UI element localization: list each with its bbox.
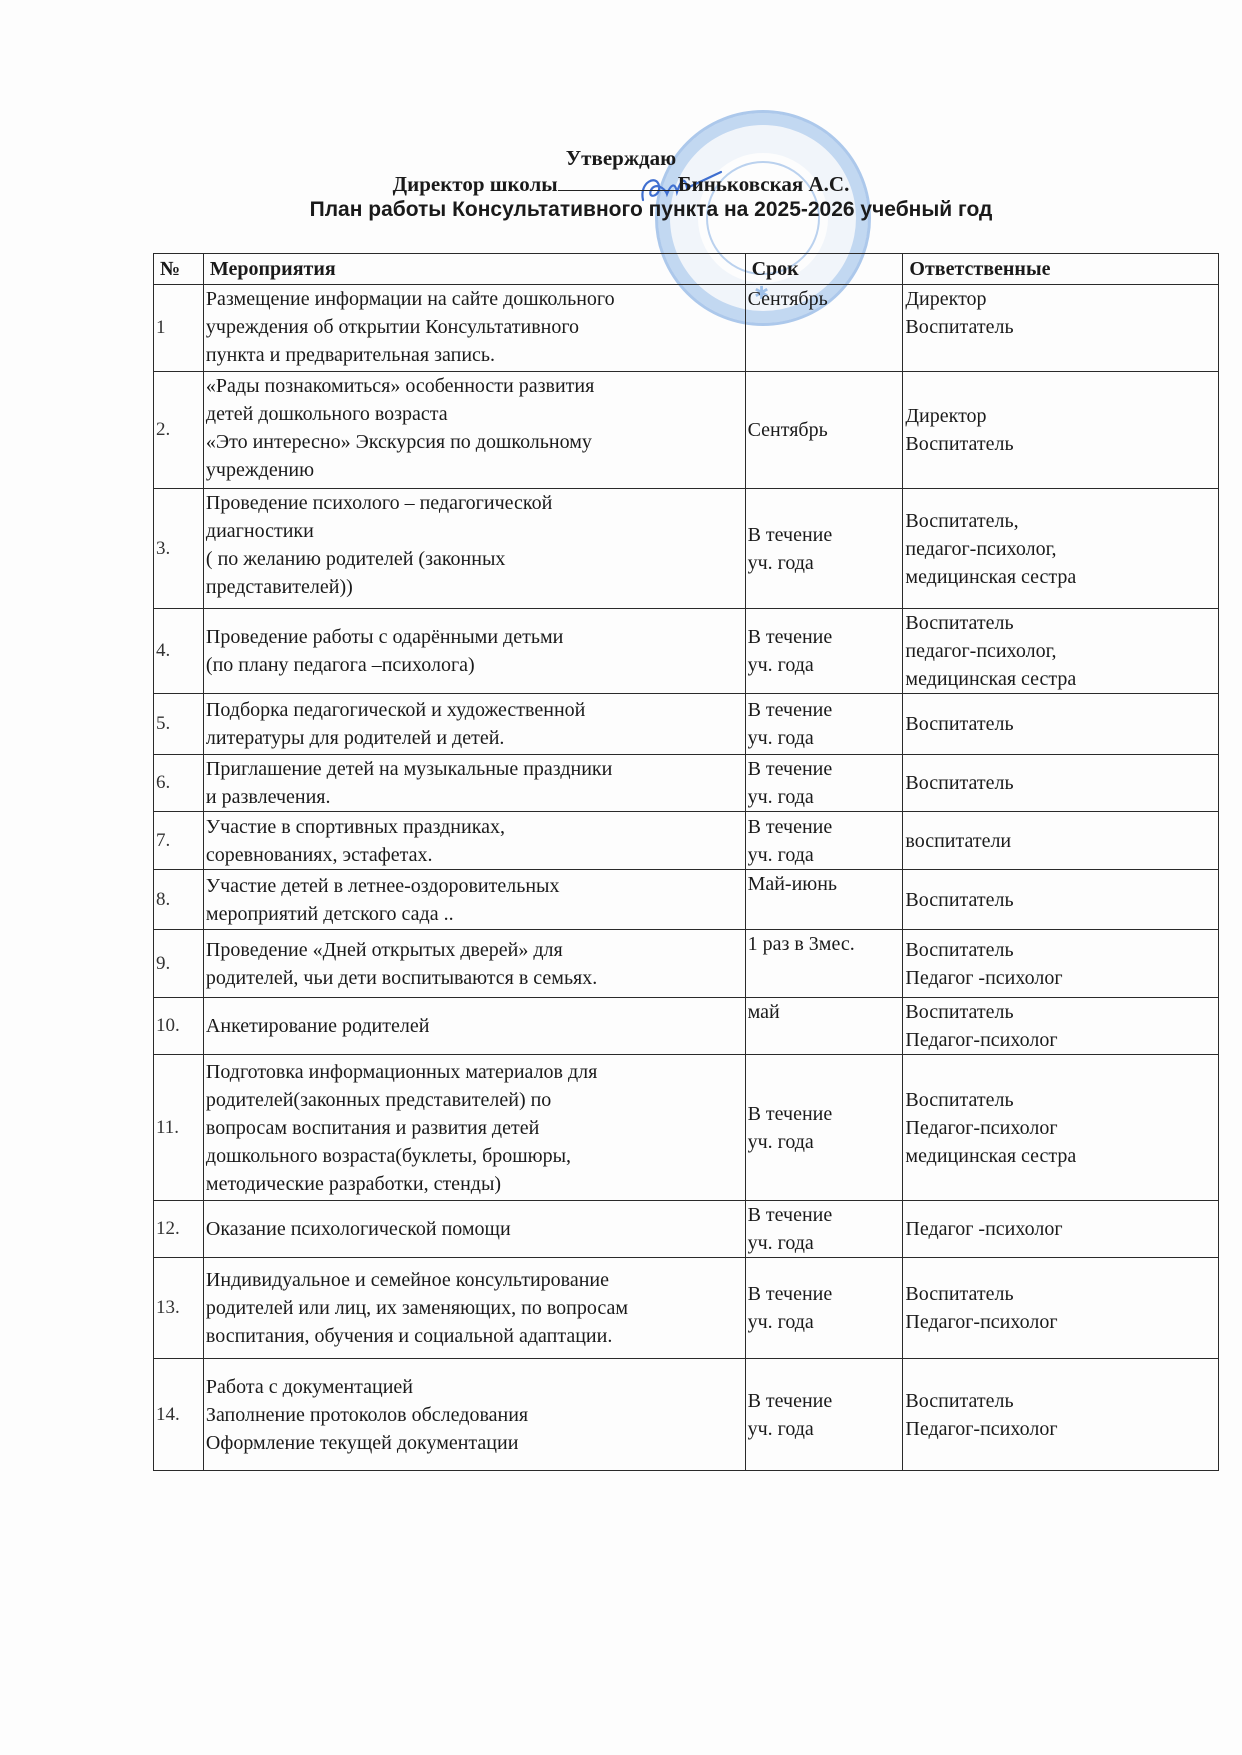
- column-header-number: №: [154, 254, 204, 285]
- term-cell-line: В течение: [748, 623, 901, 651]
- event-cell-line: Проведение работы с одарёнными детьми: [206, 623, 743, 651]
- term-cell: В течениеуч. года: [745, 1359, 903, 1471]
- responsible-cell-line: медицинская сестра: [905, 563, 1216, 591]
- responsible-cell: ВоспитательПедагог-психолог: [903, 998, 1219, 1055]
- term-cell: май: [745, 998, 903, 1055]
- table-row: 11.Подготовка информационных материалов …: [154, 1055, 1219, 1201]
- row-number: 10.: [154, 998, 204, 1055]
- term-cell: В течениеуч. года: [745, 812, 903, 870]
- event-cell-line: Подборка педагогической и художественной: [206, 696, 743, 724]
- row-number: 11.: [154, 1055, 204, 1201]
- responsible-cell-line: педагог-психолог,: [905, 535, 1216, 563]
- table-header-row: № Мероприятия Срок Ответственные: [154, 254, 1219, 285]
- term-cell-line: В течение: [748, 1387, 901, 1415]
- event-cell-line: представителей)): [206, 573, 743, 601]
- event-cell-line: Приглашение детей на музыкальные праздни…: [206, 755, 743, 783]
- event-cell-line: родителей(законных представителей) по: [206, 1086, 743, 1114]
- document-title: План работы Консультативного пункта на 2…: [30, 198, 1242, 222]
- event-cell-line: Проведение «Дней открытых дверей» для: [206, 936, 743, 964]
- term-cell: 1 раз в 3мес.: [745, 930, 903, 998]
- event-cell-line: учреждения об открытии Консультативного: [206, 313, 743, 341]
- term-cell-line: уч. года: [748, 841, 901, 869]
- event-cell-line: воспитания, обучения и социальной адапта…: [206, 1322, 743, 1350]
- term-cell-line: В течение: [748, 813, 901, 841]
- event-cell: Оказание психологической помощи: [203, 1201, 745, 1258]
- event-cell-line: Заполнение протоколов обследования: [206, 1401, 743, 1429]
- term-cell: В течениеуч. года: [745, 1055, 903, 1201]
- event-cell-line: Работа с документацией: [206, 1373, 743, 1401]
- table-row: 9.Проведение «Дней открытых дверей» дляр…: [154, 930, 1219, 998]
- table-row: 7.Участие в спортивных праздниках,соревн…: [154, 812, 1219, 870]
- event-cell: Размещение информации на сайте дошкольно…: [203, 285, 745, 372]
- term-cell-line: уч. года: [748, 783, 901, 811]
- responsible-cell-line: медицинская сестра: [905, 1142, 1216, 1170]
- responsible-cell: ДиректорВоспитатель: [903, 285, 1219, 372]
- signature-line: [558, 172, 678, 191]
- event-cell-line: детей дошкольного возраста: [206, 400, 743, 428]
- table-row: 12.Оказание психологической помощиВ тече…: [154, 1201, 1219, 1258]
- responsible-cell-line: Воспитатель: [905, 998, 1216, 1026]
- director-label: Директор школы: [393, 172, 558, 196]
- responsible-cell: Воспитатель,педагог-психолог,медицинская…: [903, 489, 1219, 609]
- term-cell: В течениеуч. года: [745, 1201, 903, 1258]
- term-cell-line: Сентябрь: [748, 285, 901, 313]
- term-cell: В течениеуч. года: [745, 489, 903, 609]
- event-cell: Участие детей в летнее-оздоровительныхме…: [203, 870, 745, 930]
- event-cell-line: Проведение психолого – педагогической: [206, 489, 743, 517]
- responsible-cell-line: Директор: [905, 402, 1216, 430]
- responsible-cell-line: Воспитатель,: [905, 507, 1216, 535]
- director-line: Директор школыБиньковская А.С.: [0, 172, 1242, 197]
- term-cell: Май-июнь: [745, 870, 903, 930]
- responsible-cell-line: Воспитатель: [905, 769, 1216, 797]
- event-cell-line: методические разработки, стенды): [206, 1170, 743, 1198]
- event-cell-line: родителей или лиц, их заменяющих, по воп…: [206, 1294, 743, 1322]
- table-body: 1Размещение информации на сайте дошкольн…: [154, 285, 1219, 1471]
- row-number: 2.: [154, 372, 204, 489]
- row-number: 6.: [154, 755, 204, 812]
- responsible-cell: воспитатели: [903, 812, 1219, 870]
- event-cell-line: «Это интересно» Экскурсия по дошкольному: [206, 428, 743, 456]
- term-cell-line: Сентябрь: [748, 416, 901, 444]
- column-header-term: Срок: [745, 254, 903, 285]
- term-cell: В течениеуч. года: [745, 1258, 903, 1359]
- table-row: 4.Проведение работы с одарёнными детьми(…: [154, 609, 1219, 694]
- term-cell-line: уч. года: [748, 1308, 901, 1336]
- row-number: 1: [154, 285, 204, 372]
- term-cell-line: Май-июнь: [748, 870, 901, 898]
- term-cell: В течениеуч. года: [745, 694, 903, 755]
- event-cell-line: Оформление текущей документации: [206, 1429, 743, 1457]
- event-cell-line: учреждению: [206, 456, 743, 484]
- responsible-cell-line: Педагог-психолог: [905, 1308, 1216, 1336]
- event-cell-line: родителей, чьи дети воспитываются в семь…: [206, 964, 743, 992]
- event-cell-line: диагностики: [206, 517, 743, 545]
- event-cell: Анкетирование родителей: [203, 998, 745, 1055]
- responsible-cell-line: Воспитатель: [905, 1387, 1216, 1415]
- row-number: 14.: [154, 1359, 204, 1471]
- row-number: 5.: [154, 694, 204, 755]
- responsible-cell: ВоспитательПедагог-психологмедицинская с…: [903, 1055, 1219, 1201]
- table-row: 13.Индивидуальное и семейное консультиро…: [154, 1258, 1219, 1359]
- responsible-cell: Педагог -психолог: [903, 1201, 1219, 1258]
- event-cell: Подготовка информационных материалов для…: [203, 1055, 745, 1201]
- table-row: 3.Проведение психолого – педагогическойд…: [154, 489, 1219, 609]
- row-number: 4.: [154, 609, 204, 694]
- responsible-cell: ВоспитательПедагог-психолог: [903, 1258, 1219, 1359]
- term-cell-line: В течение: [748, 521, 901, 549]
- table-row: 6.Приглашение детей на музыкальные празд…: [154, 755, 1219, 812]
- term-cell-line: В течение: [748, 1100, 901, 1128]
- term-cell-line: уч. года: [748, 651, 901, 679]
- term-cell-line: В течение: [748, 1280, 901, 1308]
- table-row: 2.«Рады познакомиться» особенности разви…: [154, 372, 1219, 489]
- responsible-cell-line: Воспитатель: [905, 609, 1216, 637]
- responsible-cell-line: педагог-психолог,: [905, 637, 1216, 665]
- responsible-cell-line: Воспитатель: [905, 430, 1216, 458]
- row-number: 8.: [154, 870, 204, 930]
- event-cell-line: Анкетирование родителей: [206, 1012, 743, 1040]
- event-cell-line: вопросам воспитания и развития детей: [206, 1114, 743, 1142]
- event-cell-line: Оказание психологической помощи: [206, 1215, 743, 1243]
- event-cell: «Рады познакомиться» особенности развити…: [203, 372, 745, 489]
- responsible-cell: Воспитатель: [903, 870, 1219, 930]
- event-cell-line: Размещение информации на сайте дошкольно…: [206, 285, 743, 313]
- table-row: 8.Участие детей в летнее-оздоровительных…: [154, 870, 1219, 930]
- event-cell-line: пункта и предварительная запись.: [206, 341, 743, 369]
- responsible-cell-line: Педагог -психолог: [905, 964, 1216, 992]
- event-cell-line: Индивидуальное и семейное консультирован…: [206, 1266, 743, 1294]
- responsible-cell-line: Воспитатель: [905, 886, 1216, 914]
- table-row: 14.Работа с документациейЗаполнение прот…: [154, 1359, 1219, 1471]
- term-cell-line: В течение: [748, 1201, 901, 1229]
- term-cell-line: май: [748, 998, 901, 1026]
- event-cell: Проведение работы с одарёнными детьми(по…: [203, 609, 745, 694]
- event-cell: Работа с документациейЗаполнение протоко…: [203, 1359, 745, 1471]
- work-plan-table: № Мероприятия Срок Ответственные 1Размещ…: [153, 253, 1219, 1471]
- responsible-cell-line: Воспитатель: [905, 936, 1216, 964]
- responsible-cell-line: Педагог-психолог: [905, 1415, 1216, 1443]
- term-cell-line: уч. года: [748, 1128, 901, 1156]
- event-cell: Проведение «Дней открытых дверей» длярод…: [203, 930, 745, 998]
- responsible-cell: Воспитатель: [903, 755, 1219, 812]
- row-number: 3.: [154, 489, 204, 609]
- row-number: 13.: [154, 1258, 204, 1359]
- responsible-cell: ВоспитательПедагог-психолог: [903, 1359, 1219, 1471]
- table-row: 10.Анкетирование родителеймайВоспитатель…: [154, 998, 1219, 1055]
- responsible-cell-line: Педагог-психолог: [905, 1026, 1216, 1054]
- responsible-cell-line: Воспитатель: [905, 313, 1216, 341]
- event-cell: Участие в спортивных праздниках,соревнов…: [203, 812, 745, 870]
- responsible-cell-line: воспитатели: [905, 827, 1216, 855]
- event-cell-line: Подготовка информационных материалов для: [206, 1058, 743, 1086]
- responsible-cell-line: Воспитатель: [905, 1280, 1216, 1308]
- approval-heading: Утверждаю: [0, 146, 1242, 171]
- table-row: 1Размещение информации на сайте дошкольн…: [154, 285, 1219, 372]
- event-cell-line: Участие детей в летнее-оздоровительных: [206, 872, 743, 900]
- table-row: 5.Подборка педагогической и художественн…: [154, 694, 1219, 755]
- event-cell-line: соревнованиях, эстафетах.: [206, 841, 743, 869]
- event-cell-line: литературы для родителей и детей.: [206, 724, 743, 752]
- term-cell-line: В течение: [748, 696, 901, 724]
- responsible-cell: Воспитатель: [903, 694, 1219, 755]
- event-cell: Приглашение детей на музыкальные праздни…: [203, 755, 745, 812]
- term-cell: Сентябрь: [745, 285, 903, 372]
- responsible-cell-line: Директор: [905, 285, 1216, 313]
- column-header-responsible: Ответственные: [903, 254, 1219, 285]
- term-cell-line: уч. года: [748, 1229, 901, 1257]
- responsible-cell-line: Педагог -психолог: [905, 1215, 1216, 1243]
- event-cell: Подборка педагогической и художественной…: [203, 694, 745, 755]
- event-cell-line: (по плану педагога –психолога): [206, 651, 743, 679]
- column-header-events: Мероприятия: [203, 254, 745, 285]
- event-cell-line: Участие в спортивных праздниках,: [206, 813, 743, 841]
- responsible-cell-line: Воспитатель: [905, 1086, 1216, 1114]
- event-cell-line: ( по желанию родителей (законных: [206, 545, 743, 573]
- term-cell-line: В течение: [748, 755, 901, 783]
- director-name: Биньковская А.С.: [678, 172, 850, 196]
- event-cell-line: «Рады познакомиться» особенности развити…: [206, 372, 743, 400]
- event-cell-line: дошкольного возраста(буклеты, брошюры,: [206, 1142, 743, 1170]
- responsible-cell: ВоспитательПедагог -психолог: [903, 930, 1219, 998]
- term-cell: В течениеуч. года: [745, 609, 903, 694]
- event-cell-line: мероприятий детского сада ..: [206, 900, 743, 928]
- responsible-cell-line: медицинская сестра: [905, 665, 1216, 693]
- term-cell-line: уч. года: [748, 1415, 901, 1443]
- term-cell-line: 1 раз в 3мес.: [748, 930, 901, 958]
- responsible-cell: Воспитательпедагог-психолог,медицинская …: [903, 609, 1219, 694]
- term-cell: В течениеуч. года: [745, 755, 903, 812]
- responsible-cell-line: Педагог-психолог: [905, 1114, 1216, 1142]
- event-cell-line: и развлечения.: [206, 783, 743, 811]
- row-number: 12.: [154, 1201, 204, 1258]
- term-cell-line: уч. года: [748, 549, 901, 577]
- term-cell-line: уч. года: [748, 724, 901, 752]
- event-cell: Индивидуальное и семейное консультирован…: [203, 1258, 745, 1359]
- responsible-cell: ДиректорВоспитатель: [903, 372, 1219, 489]
- row-number: 9.: [154, 930, 204, 998]
- row-number: 7.: [154, 812, 204, 870]
- term-cell: Сентябрь: [745, 372, 903, 489]
- event-cell: Проведение психолого – педагогическойдиа…: [203, 489, 745, 609]
- responsible-cell-line: Воспитатель: [905, 710, 1216, 738]
